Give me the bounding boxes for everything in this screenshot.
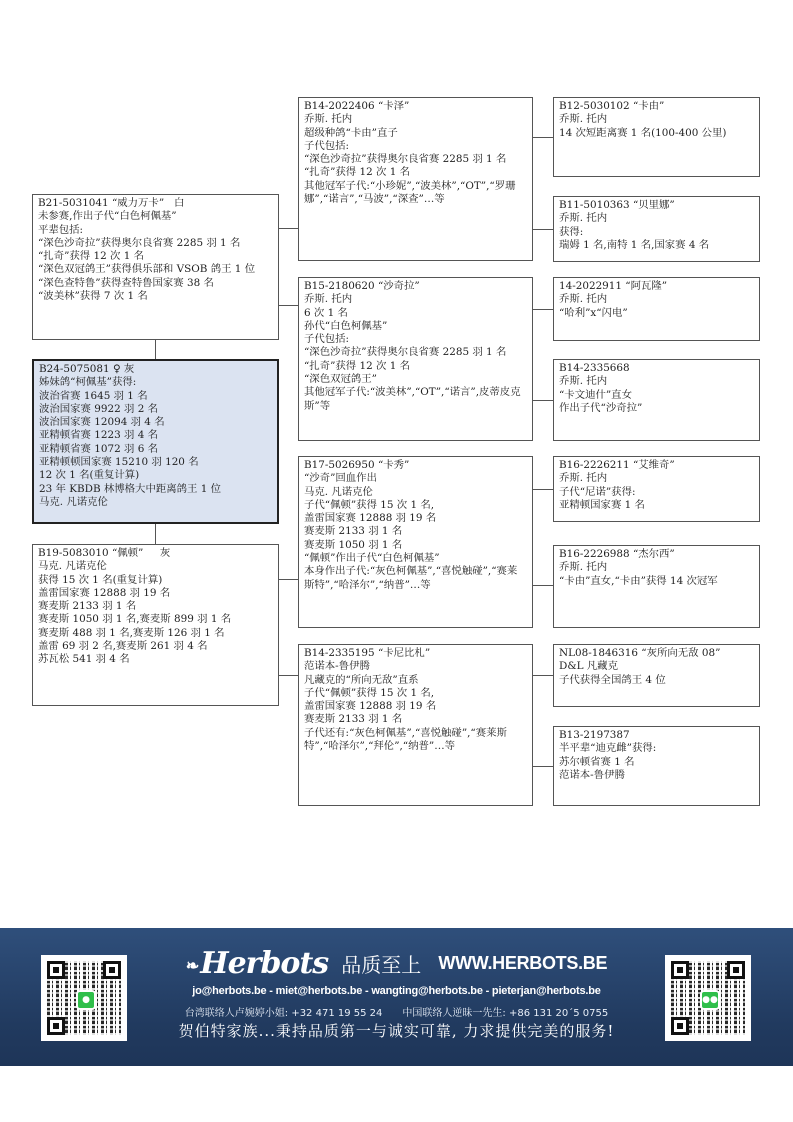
card-line: 盖雷国家赛 12888 羽 19 名 xyxy=(304,700,527,713)
card-line: 亚精顿省赛 1223 羽 4 名 xyxy=(39,429,272,442)
card-line: 获得 15 次 1 名(重复计算) xyxy=(38,574,273,587)
ggp-card-3: 14-2022911 “阿瓦隆”乔斯. 托内“哈利”x“闪电” xyxy=(553,277,760,341)
card-title: 14-2022911 “阿瓦隆” xyxy=(559,280,754,293)
card-title: B19-5083010 “佩顿” 灰 xyxy=(38,547,273,560)
dam-sire-card: B17-5026950 “卡秀”“沙奇”回血作出马克. 凡诺克伦子代“佩顿”获得… xyxy=(298,456,533,628)
card-line: “扎奇”获得 12 次 1 名 xyxy=(304,166,527,179)
card-line: 平辈包括: xyxy=(38,224,273,237)
card-line: “沙奇”回血作出 xyxy=(304,472,527,485)
card-line: “深色沙奇拉”获得奥尔良省赛 2285 羽 1 名 xyxy=(38,237,273,250)
card-line: 盖雷国家赛 12888 羽 19 名 xyxy=(38,587,273,600)
connector-subject-dam xyxy=(155,524,156,544)
card-line: “扎奇”获得 12 次 1 名 xyxy=(304,360,527,373)
card-line: 14 次短距离赛 1 名(100-400 公里) xyxy=(559,127,754,140)
card-line: 赛麦斯 1050 羽 1 名 xyxy=(304,539,527,552)
card-title: B21-5031041 “威力万卡” 白 xyxy=(38,197,273,210)
card-line: 乔斯. 托内 xyxy=(304,293,527,306)
sire-card: B21-5031041 “威力万卡” 白未参赛,作出子代“白色柯佩基”平辈包括:… xyxy=(32,194,279,340)
card-line: 乔斯. 托内 xyxy=(559,212,754,225)
card-line: “卡由”直女,“卡由”获得 14 次冠军 xyxy=(559,575,754,588)
ggp-card-6: B16-2226988 “杰尔西”乔斯. 托内“卡由”直女,“卡由”获得 14 … xyxy=(553,545,760,628)
card-line: 本身作出子代:“灰色柯佩基”,“喜悦触碰”,“赛莱斯特”,“哈泽尔”,“纳普”…… xyxy=(304,565,527,592)
card-line: 范诺本-鲁伊腾 xyxy=(304,660,527,673)
card-title: B16-2226988 “杰尔西” xyxy=(559,548,754,561)
card-line: 子代“佩顿”获得 15 次 1 名, xyxy=(304,499,527,512)
card-line: “扎奇”获得 12 次 1 名 xyxy=(38,250,273,263)
card-line: 波治国家赛 9922 羽 2 名 xyxy=(39,403,272,416)
card-title: B11-5010363 “贝里娜” xyxy=(559,199,754,212)
card-title: B15-2180620 “沙奇拉” xyxy=(304,280,527,293)
card-title: NL08-1846316 “灰所向无敌 08” xyxy=(559,647,754,660)
card-line: 乔斯. 托内 xyxy=(559,375,754,388)
card-line: 赛麦斯 1050 羽 1 名,赛麦斯 899 羽 1 名 xyxy=(38,613,273,626)
footer-banner: ● Herbots 品质至上 WWW.HERBOTS.BE jo@herbots… xyxy=(0,928,793,1066)
card-line: “卡文迪什”直女 xyxy=(559,389,754,402)
qr-finder-icon xyxy=(671,961,689,979)
connector-sire-to-grandsire xyxy=(279,228,298,229)
website-link[interactable]: WWW.HERBOTS.BE xyxy=(438,953,607,973)
card-line: 乔斯. 托内 xyxy=(559,293,754,306)
sire-dam-card: B15-2180620 “沙奇拉”乔斯. 托内6 次 1 名孙代“白色柯佩基”子… xyxy=(298,277,533,441)
card-line: 23 年 KBDB 林博格大中距离鸽王 1 位 xyxy=(39,483,272,496)
card-line: 马克. 凡诺克伦 xyxy=(39,496,272,509)
card-line: 亚精顿省赛 1072 羽 6 名 xyxy=(39,443,272,456)
card-line: 范诺本-鲁伊腾 xyxy=(559,769,754,782)
card-line: 子代“尼诺”获得: xyxy=(559,486,754,499)
contact-china: 中国联络人逆昧一先生: +86 131 20´5 0755 xyxy=(402,1008,608,1019)
contact-taiwan: 台湾联络人卢婉婷小姐: +32 471 19 55 24 xyxy=(185,1008,383,1019)
connector-gd1-a xyxy=(533,309,553,310)
slogan: 品质至上 xyxy=(341,953,421,977)
card-line: 盖雷 69 羽 2 名,赛麦斯 261 羽 4 名 xyxy=(38,640,273,653)
card-line: 其他冠军子代:“波美林”,“OT”,“诺言”,皮蒂皮克斯”等 xyxy=(304,386,527,413)
card-line: 凡藏克的“所向无敌”直系 xyxy=(304,674,527,687)
connector-dam-to-grandsire xyxy=(279,579,298,580)
card-line: 孙代“白色柯佩基” xyxy=(304,320,527,333)
card-title: B14-2335195 “卡尼比札” xyxy=(304,647,527,660)
card-line: “哈利”x“闪电” xyxy=(559,307,754,320)
connector-sire-to-granddam xyxy=(279,305,298,306)
connector-dam-to-granddam xyxy=(279,675,298,676)
card-title: B13-2197387 xyxy=(559,729,754,742)
dam-card: B19-5083010 “佩顿” 灰马克. 凡诺克伦获得 15 次 1 名(重复… xyxy=(32,544,279,706)
qr-finder-icon xyxy=(671,1017,689,1035)
card-line: 子代包括: xyxy=(304,140,527,153)
card-line: 赛麦斯 2133 羽 1 名 xyxy=(38,600,273,613)
card-line: “深色查特鲁”获得查特鲁国家赛 38 名 xyxy=(38,277,273,290)
card-line: 苏瓦松 541 羽 4 名 xyxy=(38,653,273,666)
card-line: 子代“佩顿”获得 15 次 1 名, xyxy=(304,687,527,700)
ggp-card-7: NL08-1846316 “灰所向无敌 08”D&L 凡藏克子代获得全国鸽王 4… xyxy=(553,644,760,707)
card-line: 其他冠军子代:“小珍妮”,“波美林”,“OT”,“罗珊娜”,“诺言”,“马波”,… xyxy=(304,180,527,207)
ggp-card-1: B12-5030102 “卡由”乔斯. 托内14 次短距离赛 1 名(100-4… xyxy=(553,97,760,177)
card-title: B12-5030102 “卡由” xyxy=(559,100,754,113)
card-line: 赛麦斯 2133 羽 1 名 xyxy=(304,525,527,538)
card-line: “深色双冠鸽王”获得俱乐部和 VSOB 鸽王 1 位 xyxy=(38,263,273,276)
card-line: 姊妹鸽“柯佩基”获得: xyxy=(39,376,272,389)
card-line: 赛麦斯 488 羽 1 名,赛麦斯 126 羽 1 名 xyxy=(38,627,273,640)
connector-gd2-a xyxy=(533,675,553,676)
card-line: “波美林”获得 7 次 1 名 xyxy=(38,290,273,303)
card-line: “佩顿”作出子代“白色柯佩基” xyxy=(304,552,527,565)
connector-gd2-b xyxy=(533,766,553,767)
card-line: 乔斯. 托内 xyxy=(559,472,754,485)
card-title: B14-2022406 “卡泽” xyxy=(304,100,527,113)
card-title: B17-5026950 “卡秀” xyxy=(304,459,527,472)
card-line: “深色双冠鸽王” xyxy=(304,373,527,386)
card-line: 亚精顿国家赛 1 名 xyxy=(559,499,754,512)
card-line: 超级种鸽“卡由”直子 xyxy=(304,127,527,140)
connector-sire-subject xyxy=(155,340,156,359)
card-line: 苏尔顿省赛 1 名 xyxy=(559,756,754,769)
dam-dam-card: B14-2335195 “卡尼比札”范诺本-鲁伊腾凡藏克的“所向无敌”直系子代“… xyxy=(298,644,533,806)
card-line: 瑞姆 1 名,南特 1 名,国家赛 4 名 xyxy=(559,239,754,252)
card-line: 乔斯. 托内 xyxy=(559,561,754,574)
card-line: 马克. 凡诺克伦 xyxy=(304,486,527,499)
card-line: 12 次 1 名(重复计算) xyxy=(39,469,272,482)
card-line: 获得: xyxy=(559,226,754,239)
connector-gs2-a xyxy=(533,489,553,490)
card-line: 子代包括: xyxy=(304,333,527,346)
card-line: 子代获得全国鸽王 4 位 xyxy=(559,674,754,687)
qr-finder-icon xyxy=(727,961,745,979)
card-line: 乔斯. 托内 xyxy=(304,113,527,126)
card-line: 赛麦斯 2133 羽 1 名 xyxy=(304,713,527,726)
card-title: B16-2226211 “艾维奇” xyxy=(559,459,754,472)
herbots-logo: Herbots xyxy=(186,946,328,981)
card-line: 乔斯. 托内 xyxy=(559,113,754,126)
sire-sire-card: B14-2022406 “卡泽”乔斯. 托内超级种鸽“卡由”直子子代包括:“深色… xyxy=(298,97,533,261)
connector-gs2-b xyxy=(533,585,553,586)
ggp-card-4: B14-2335668乔斯. 托内“卡文迪什”直女作出子代“沙奇拉” xyxy=(553,359,760,441)
card-line: 波治国家赛 12094 羽 4 名 xyxy=(39,416,272,429)
card-line: D&L 凡藏克 xyxy=(559,660,754,673)
ggp-card-5: B16-2226211 “艾维奇”乔斯. 托内子代“尼诺”获得:亚精顿国家赛 1… xyxy=(553,456,760,522)
connector-gd1-b xyxy=(533,400,553,401)
card-line: 盖雷国家赛 12888 羽 19 名 xyxy=(304,512,527,525)
card-line: “深色沙奇拉”获得奥尔良省赛 2285 羽 1 名 xyxy=(304,153,527,166)
card-line: 子代还有:“灰色柯佩基”,“喜悦触碰”,“赛莱斯特”,“哈泽尔”,“拜伦”,“纳… xyxy=(304,727,527,754)
card-line: 6 次 1 名 xyxy=(304,307,527,320)
card-line: 亚精顿顿国家赛 15210 羽 120 名 xyxy=(39,456,272,469)
card-title: B24-5075081 ♀ 灰 xyxy=(39,363,272,376)
card-title: B14-2335668 xyxy=(559,362,754,375)
connector-gs1-b xyxy=(533,229,553,230)
card-line: 马克. 凡诺克伦 xyxy=(38,560,273,573)
qr-code-wechat[interactable]: ●● xyxy=(665,955,751,1041)
wechat-app-icon: ●● xyxy=(700,990,720,1010)
card-line: 未参赛,作出子代“白色柯佩基” xyxy=(38,210,273,223)
subject-card: B24-5075081 ♀ 灰姊妹鸽“柯佩基”获得:波治省赛 1645 羽 1 … xyxy=(32,359,279,524)
card-line: “深色沙奇拉”获得奥尔良省赛 2285 羽 1 名 xyxy=(304,346,527,359)
card-line: 波治省赛 1645 羽 1 名 xyxy=(39,390,272,403)
ggp-card-2: B11-5010363 “贝里娜”乔斯. 托内获得:瑞姆 1 名,南特 1 名,… xyxy=(553,196,760,262)
ggp-card-8: B13-2197387半平辈“迪克雌”获得:苏尔顿省赛 1 名范诺本-鲁伊腾 xyxy=(553,726,760,806)
card-line: 半平辈“迪克雌”获得: xyxy=(559,742,754,755)
connector-gs1-a xyxy=(533,137,553,138)
card-line: 作出子代“沙奇拉” xyxy=(559,402,754,415)
